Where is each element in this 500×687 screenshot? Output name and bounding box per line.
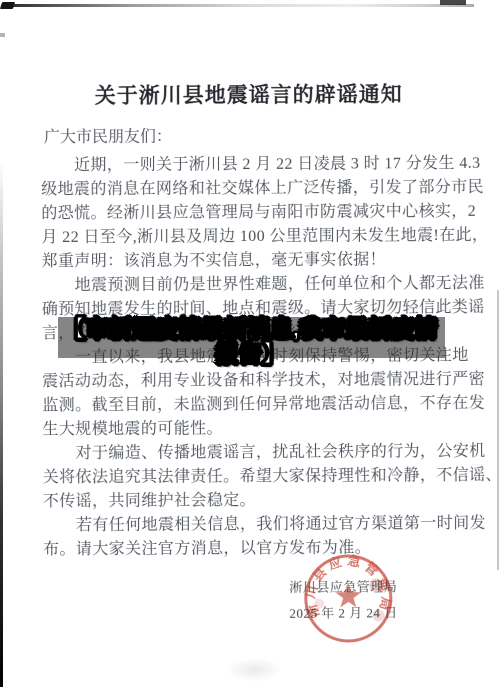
notice-line: 监测。截至目前，未监测到任何异常地震活动信息，不存在发 <box>42 392 474 418</box>
notice-line: 关将依法追究其法律责任。希望大家保持理性和冷静，不信谣、 <box>43 464 475 490</box>
notice-line: 地震预测目前仍是世界性难题，任何单位和个人都无法准 <box>42 272 474 298</box>
notice-signature: 淅川县应急管理局 <box>289 576 397 596</box>
caption-text: 【市新冠疫情最新消息,我市最新疫情 报告】 <box>0 316 500 366</box>
notice-line: 生大规模地震的可能性。 <box>42 416 474 442</box>
notice-line: 布。请大家关注官方消息，以官方发布为准。 <box>43 536 475 562</box>
notice-line: 月 22 日至今,淅川县及周边 100 公里范围内未发生地震!在此， <box>41 224 473 250</box>
notice-salutation: 广大市民朋友们： <box>44 126 172 149</box>
official-seal: 淅川县应急管理局 <box>295 545 402 652</box>
notice-line: 震活动动态，利用专业设备和科学技术，对地震情况进行严密 <box>42 368 474 394</box>
notice-line: 郑重声明：该消息为不实信息，毫无事实依据！ <box>42 248 474 274</box>
notice-line: 级地震的消息在网络和社交媒体上广泛传播，引发了部分市民 <box>41 176 473 202</box>
caption-line-2: 报告】 <box>0 341 500 366</box>
notice-line: 不传谣，共同维护社会稳定。 <box>43 488 475 514</box>
photo-canvas: 关于淅川县地震谣言的辟谣通知 广大市民朋友们： 近期，一则关于淅川县 2 月 2… <box>0 0 500 687</box>
notice-line: 若有任何地震相关信息，我们将通过官方渠道第一时间发 <box>43 512 475 538</box>
notice-line: 的恐慌。经淅川县应急管理局与南阳市防震减灾中心核实，2 <box>41 200 473 226</box>
notice-line: 近期，一则关于淅川县 2 月 22 日凌晨 3 时 17 分发生 4.3 <box>41 152 473 178</box>
notice-line: 对于编造、传播地震谣言，扰乱社会秩序的行为，公安机 <box>43 440 475 466</box>
caption-line-1: 【市新冠疫情最新消息,我市最新疫情 <box>0 316 500 341</box>
notice-title: 关于淅川县地震谣言的辟谣通知 <box>0 82 499 111</box>
notice-date: 2025 年 2 月 24 日 <box>289 602 397 622</box>
